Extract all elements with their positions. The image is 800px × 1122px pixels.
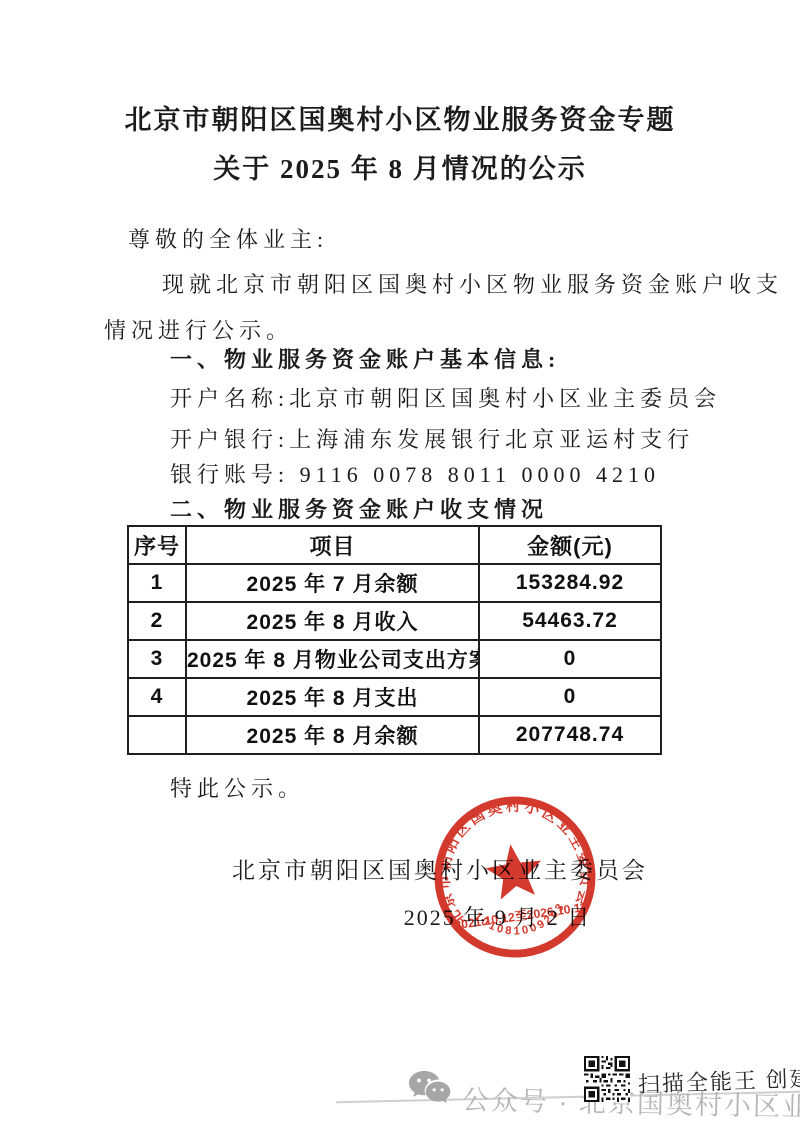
table-cell-amount: 0 <box>479 678 661 716</box>
intro-line-1: 现就北京市朝阳区国奥村小区物业服务资金账户收支 <box>162 271 783 299</box>
table-header-cell-index: 序号 <box>128 526 186 564</box>
table-header-cell-item: 项目 <box>186 526 479 564</box>
table-cell-item: 2025 年 8 月支出 <box>186 678 479 716</box>
section2-heading: 二、物业服务资金账户收支情况 <box>170 496 548 524</box>
table-row: 1 2025 年 7 月余额 153284.92 <box>128 564 661 602</box>
scanned-notice-page: 北京市朝阳区国奥村小区物业服务资金专题 关于 2025 年 8 月情况的公示 尊… <box>0 0 800 1122</box>
seal-star-icon <box>483 840 546 901</box>
table-cell-amount: 153284.92 <box>479 564 661 602</box>
intro-line-2: 情况进行公示。 <box>104 317 293 345</box>
wechat-icon <box>408 1070 454 1106</box>
table-cell-item: 2025 年 8 月余额 <box>186 716 479 754</box>
table-header-cell-amount: 金额(元) <box>479 526 661 564</box>
page-title-line2: 关于 2025 年 8 月情况的公示 <box>0 153 800 187</box>
table-cell-item: 2025 年 8 月收入 <box>186 602 479 640</box>
table-row: 2 2025 年 8 月收入 54463.72 <box>128 602 661 640</box>
table-cell-amount: 207748.74 <box>479 716 661 754</box>
closing-line: 特此公示。 <box>170 775 305 803</box>
table-header-row: 序号 项目 金额(元) <box>128 526 661 564</box>
table-cell-amount: 54463.72 <box>479 602 661 640</box>
table-cell-amount: 0 <box>479 640 661 678</box>
section1-heading: 一、物业服务资金账户基本信息: <box>170 346 560 374</box>
table-row: 2025 年 8 月余额 207748.74 <box>128 716 661 754</box>
fund-table: 序号 项目 金额(元) 1 2025 年 7 月余额 153284.92 2 2… <box>127 525 662 755</box>
table-cell-index: 1 <box>128 564 186 602</box>
table-cell-index: 3 <box>128 640 186 678</box>
table-cell-item: 2025 年 8 月物业公司支出方案 <box>186 640 479 678</box>
account-name-line: 开户名称:北京市朝阳区国奥村小区业主委员会 <box>170 385 721 413</box>
table-cell-item: 2025 年 7 月余额 <box>186 564 479 602</box>
greeting-line: 尊敬的全体业主: <box>128 226 328 254</box>
qr-code-icon <box>584 1056 630 1102</box>
page-title-line1: 北京市朝阳区国奥村小区物业服务资金专题 <box>0 104 800 138</box>
official-seal-stamp: 北京市朝阳区国奥村小区业主委员会 2021.10.12至2026.10.11 1… <box>417 779 614 976</box>
seal-svg: 北京市朝阳区国奥村小区业主委员会 2021.10.12至2026.10.11 1… <box>417 779 614 976</box>
table-cell-index <box>128 716 186 754</box>
account-bank-line: 开户银行:上海浦东发展银行北京亚运村支行 <box>170 426 694 454</box>
table-row: 4 2025 年 8 月支出 0 <box>128 678 661 716</box>
table-row: 3 2025 年 8 月物业公司支出方案 0 <box>128 640 661 678</box>
account-number-line: 银行账号: 9116 0078 8011 0000 4210 <box>170 461 660 489</box>
camscanner-watermark-text: 扫描全能王 创建 <box>637 1062 800 1099</box>
table-cell-index: 4 <box>128 678 186 716</box>
table-cell-index: 2 <box>128 602 186 640</box>
